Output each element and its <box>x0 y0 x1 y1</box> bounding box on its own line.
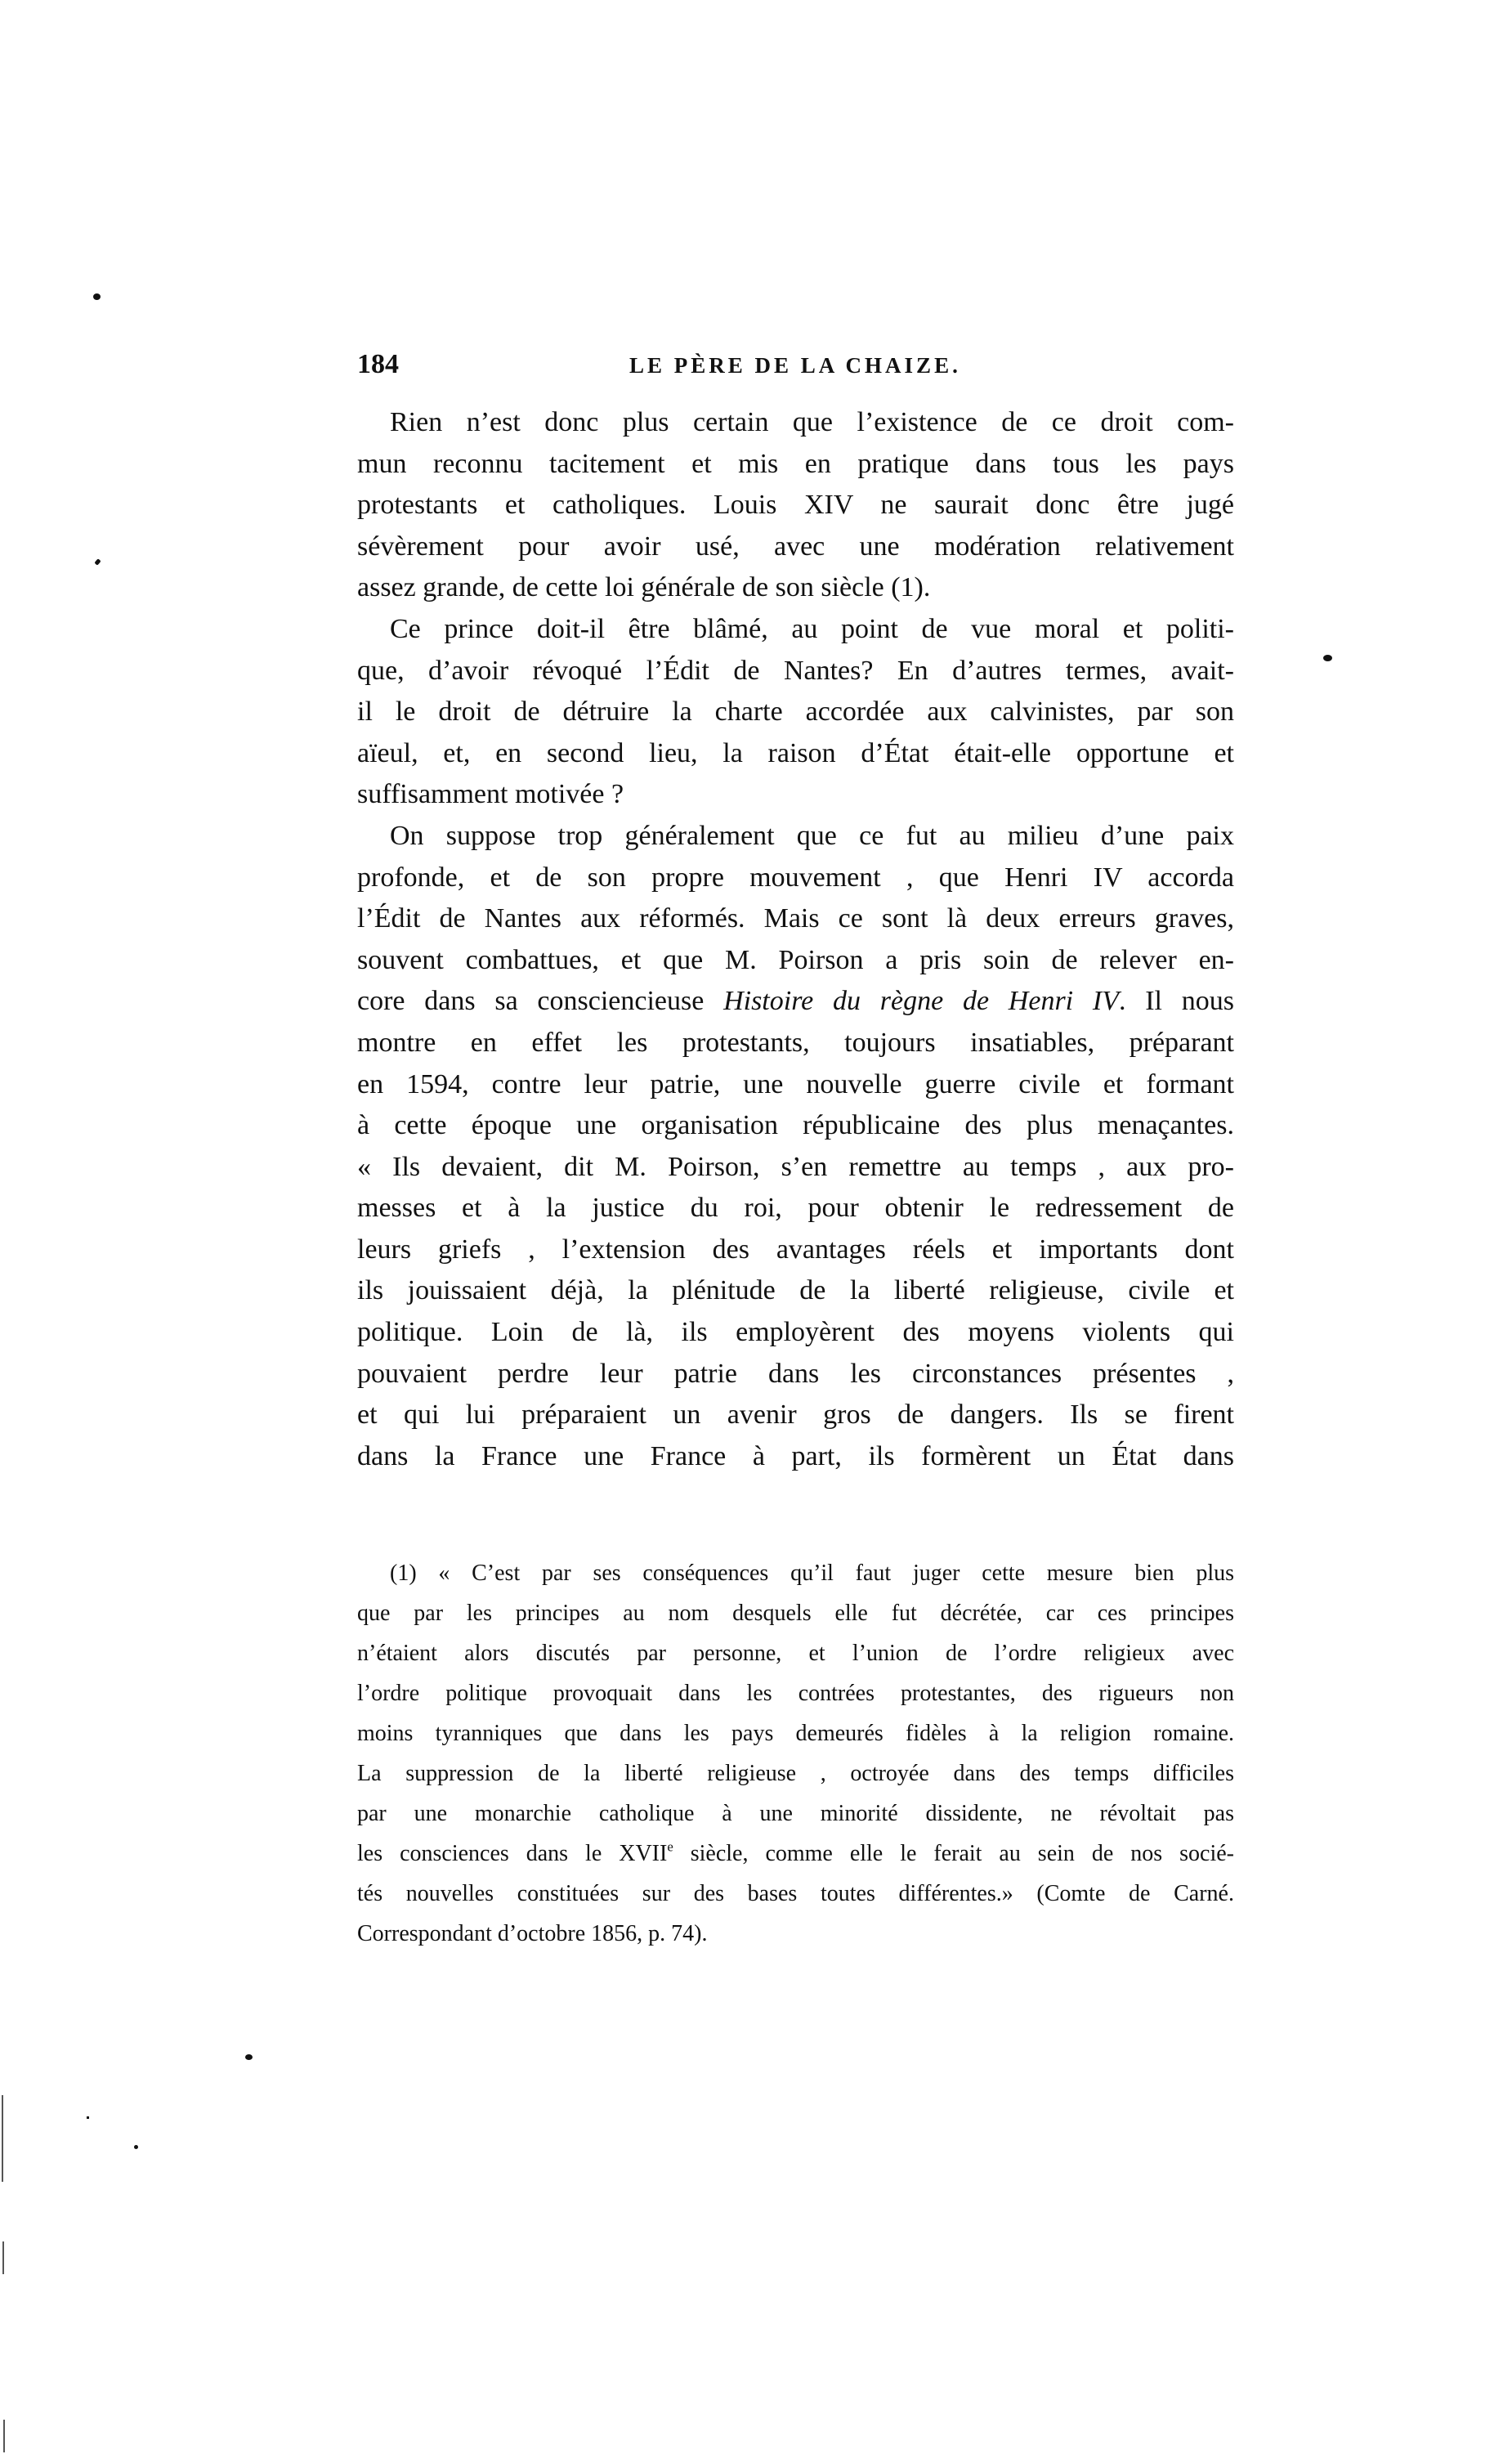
scan-speck <box>245 2054 253 2060</box>
footnote: (1) « C’est par ses conséquences qu’il f… <box>357 1553 1234 1954</box>
body-line: protestants et catholiques. Louis XIV ne… <box>357 485 1234 526</box>
body-line: à cette époque une organisation républic… <box>357 1105 1234 1147</box>
book-title-italic: Histoire du règne de Henri IV <box>723 986 1119 1016</box>
footnote-line: l’ordre politique provoquait dans les co… <box>357 1673 1234 1713</box>
scan-speck <box>93 293 101 300</box>
footnote-line: Correspondant d’octobre 1856, p. 74). <box>357 1914 1234 1954</box>
body-line: leurs griefs , l’extension des avantages… <box>357 1229 1234 1271</box>
body-line: politique. Loin de là, ils employèrent d… <box>357 1312 1234 1354</box>
footnote-line: par une monarchie catholique à une minor… <box>357 1794 1234 1834</box>
running-title: LE PÈRE DE LA CHAIZE. <box>629 352 961 378</box>
body-line: profonde, et de son propre mouvement , q… <box>357 858 1234 899</box>
scan-edge-line <box>2 2241 4 2274</box>
body-line: montre en effet les protestants, toujour… <box>357 1023 1234 1064</box>
running-head: 184 LE PÈRE DE LA CHAIZE. <box>357 350 1234 379</box>
scanned-book-page: 184 LE PÈRE DE LA CHAIZE. Rien n’est don… <box>0 0 1512 2463</box>
body-line: On suppose trop généralement que ce fut … <box>357 816 1234 858</box>
footnote-line: (1) « C’est par ses conséquences qu’il f… <box>357 1553 1234 1593</box>
body-line: pouvaient perdre leur patrie dans les ci… <box>357 1354 1234 1395</box>
scan-speck <box>94 558 101 566</box>
line-text: les consciences dans le XVII <box>357 1841 667 1866</box>
scan-edge-line <box>2 2095 3 2182</box>
scan-speck <box>1323 655 1332 661</box>
line-text: siècle, comme elle le ferait au sein de … <box>673 1841 1234 1866</box>
century-superscript: e <box>667 1838 673 1854</box>
body-line: en 1594, contre leur patrie, une nouvell… <box>357 1064 1234 1106</box>
body-line: Rien n’est donc plus certain que l’exist… <box>357 402 1234 444</box>
body-line: Ce prince doit-il être blâmé, au point d… <box>357 609 1234 651</box>
body-line: mun reconnu tacitement et mis en pratiqu… <box>357 444 1234 486</box>
body-line: sévèrement pour avoir usé, avec une modé… <box>357 526 1234 568</box>
scan-edge-line <box>3 2420 5 2452</box>
line-text: . Il nous <box>1119 986 1234 1016</box>
line-text: core dans sa consciencieuse <box>357 986 723 1016</box>
body-line: « Ils devaient, dit M. Poirson, s’en rem… <box>357 1147 1234 1189</box>
footnote-line: tés nouvelles constituées sur des bases … <box>357 1874 1234 1914</box>
body-line: il le droit de détruire la charte accord… <box>357 692 1234 733</box>
footnote-line: La suppression de la liberté religieuse … <box>357 1753 1234 1794</box>
body-line: souvent combattues, et que M. Poirson a … <box>357 940 1234 982</box>
body-line: et qui lui préparaient un avenir gros de… <box>357 1395 1234 1436</box>
scan-speck <box>134 2145 138 2149</box>
footnote-line: les consciences dans le XVIIe siècle, co… <box>357 1834 1234 1874</box>
body-line: que, d’avoir révoqué l’Édit de Nantes? E… <box>357 651 1234 692</box>
body-line: l’Édit de Nantes aux réformés. Mais ce s… <box>357 898 1234 940</box>
page-number: 184 <box>357 350 399 379</box>
body-line: ils jouissaient déjà, la plénitude de la… <box>357 1270 1234 1312</box>
footnote-line: n’étaient alors discutés par personne, e… <box>357 1633 1234 1673</box>
body-text: Rien n’est donc plus certain que l’exist… <box>357 402 1234 1477</box>
footnote-line: moins tyranniques que dans les pays deme… <box>357 1713 1234 1753</box>
scan-speck <box>87 2116 89 2119</box>
body-line: core dans sa consciencieuse Histoire du … <box>357 981 1234 1023</box>
body-line: aïeul, et, en second lieu, la raison d’É… <box>357 733 1234 775</box>
body-line: assez grande, de cette loi générale de s… <box>357 567 1234 609</box>
body-line: suffisamment motivée ? <box>357 774 1234 816</box>
footnote-line: que par les principes au nom desquels el… <box>357 1593 1234 1633</box>
body-line: dans la France une France à part, ils fo… <box>357 1436 1234 1478</box>
body-line: messes et à la justice du roi, pour obte… <box>357 1188 1234 1229</box>
